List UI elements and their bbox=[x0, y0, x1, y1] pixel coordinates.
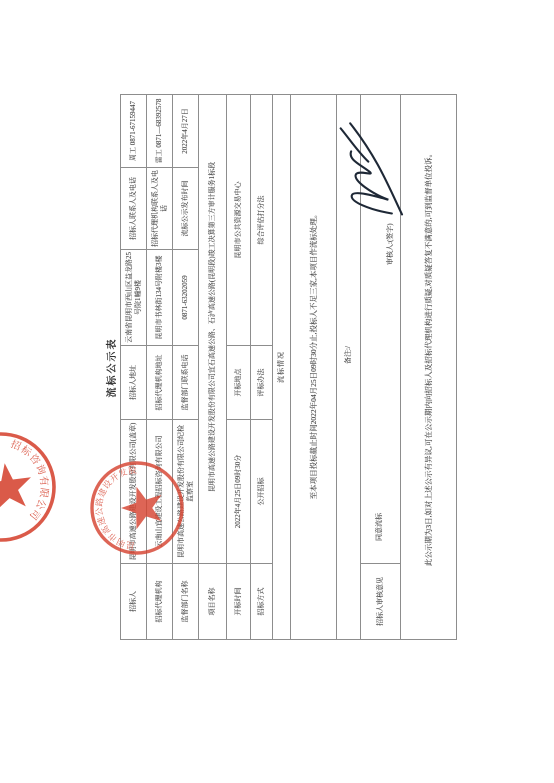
table-row: 至本项目投标截止时间2022年04月25日09时30分止,投标人不足三家,本项目… bbox=[291, 95, 337, 640]
cell-remark: 备注:/ bbox=[337, 95, 361, 640]
cell-agency-contact-value: 雷工 0871—68392578 bbox=[147, 95, 173, 168]
table-row: 流标情况 bbox=[273, 95, 291, 640]
cell-bidder-contact-label: 招标人联系人及电话 bbox=[121, 168, 147, 250]
cell-opening-time-value: 2022年4月25日09时30分 bbox=[227, 420, 251, 564]
cell-footer-note: 此公示期为3日,如对上述公示有异议,可在公示期内向招标人及招标代理机构进行质疑,… bbox=[401, 95, 457, 640]
review-opinion-text: 同意流标 bbox=[375, 513, 384, 541]
cell-supervisor-label: 监督部门名称 bbox=[173, 564, 199, 640]
table-row: 招标代理机构 云南山宜建设工程招标咨询有限公司 招标代理机构地址 昆明市书林街1… bbox=[147, 95, 173, 640]
cell-agency-contact-label: 招标代理机构联系人及电话 bbox=[147, 168, 173, 250]
cell-bid-method-value: 公开招标 bbox=[251, 420, 273, 564]
cell-supervisor-phone-value: 0871-63202059 bbox=[173, 250, 199, 346]
cell-review-opinion-value: 同意流标 审核人:(签字) bbox=[361, 95, 401, 564]
form-natural-orientation: 流标公示表 招标人 昆明市高速公路建设开发股份有限公司(盖章) 招标人地址 云南… bbox=[106, 90, 462, 640]
cell-evaluation-method-label: 评标办法 bbox=[251, 346, 273, 420]
svg-text:招标咨询有限公司: 招标咨询有限公司 bbox=[9, 437, 51, 523]
bid-failure-announcement-table: 招标人 昆明市高速公路建设开发股份有限公司(盖章) 招标人地址 云南省昆明市西山… bbox=[120, 94, 457, 640]
cell-agency-address-label: 招标代理机构地址 bbox=[147, 346, 173, 420]
cell-bid-method-label: 招标方式 bbox=[251, 564, 273, 640]
page-title: 流标公示表 bbox=[106, 95, 120, 640]
scanned-document-page: 流标公示表 招标人 昆明市高速公路建设开发股份有限公司(盖章) 招标人地址 云南… bbox=[0, 0, 554, 783]
rotated-sheet-wrapper: 流标公示表 招标人 昆明市高速公路建设开发股份有限公司(盖章) 招标人地址 云南… bbox=[106, 90, 462, 640]
cell-evaluation-method-value: 综合评估打分法 bbox=[251, 95, 273, 346]
cell-agency-label: 招标代理机构 bbox=[147, 564, 173, 640]
table-row: 招标人 昆明市高速公路建设开发股份有限公司(盖章) 招标人地址 云南省昆明市西山… bbox=[121, 95, 147, 640]
cell-bidder-address-value: 云南省昆明市西山区益龙路25号院1幢9楼 bbox=[121, 250, 147, 346]
table-row: 此公示期为3日,如对上述公示有异议,可在公示期内向招标人及招标代理机构进行质疑,… bbox=[401, 95, 457, 640]
cell-project-name-label: 项目名称 bbox=[199, 564, 227, 640]
table-row: 开标时间 2022年4月25日09时30分 开标地点 昆明市公共资源交易中心 bbox=[227, 95, 251, 640]
cell-project-name-value: 昆明市高速公路建设开发股份有限公司宜石高速公路、石泸高速公路(昆明段)竣工决算第… bbox=[199, 95, 227, 564]
table-row: 招标方式 公开招标 评标办法 综合评估打分法 bbox=[251, 95, 273, 640]
table-row: 监督部门名称 昆明市高速公路建设开发股份有限公司纪检监察室 监督部门联系电话 0… bbox=[173, 95, 199, 640]
agency-stamp: 招标咨询有限公司 bbox=[0, 430, 62, 546]
cell-failure-description: 至本项目投标截止时间2022年04月25日09时30分止,投标人不足三家,本项目… bbox=[291, 95, 337, 640]
cell-opening-place-value: 昆明市公共资源交易中心 bbox=[227, 95, 251, 346]
cell-agency-value: 云南山宜建设工程招标咨询有限公司 bbox=[147, 420, 173, 564]
cell-bidder-address-label: 招标人地址 bbox=[121, 346, 147, 420]
cell-publish-time-label: 流标公示发布时间 bbox=[173, 168, 199, 250]
cell-agency-address-value: 昆明市书林街134号附楼3楼 bbox=[147, 250, 173, 346]
cell-review-opinion-label: 招标人审核意见 bbox=[361, 564, 401, 640]
table-row: 项目名称 昆明市高速公路建设开发股份有限公司宜石高速公路、石泸高速公路(昆明段)… bbox=[199, 95, 227, 640]
cell-supervisor-value: 昆明市高速公路建设开发股份有限公司纪检监察室 bbox=[173, 420, 199, 564]
cell-opening-time-label: 开标时间 bbox=[227, 564, 251, 640]
cell-opening-place-label: 开标地点 bbox=[227, 346, 251, 420]
cell-supervisor-phone-label: 监督部门联系电话 bbox=[173, 346, 199, 420]
cell-bidder-label: 招标人 bbox=[121, 564, 147, 640]
cell-failure-section-header: 流标情况 bbox=[273, 95, 291, 640]
table-row: 备注:/ bbox=[337, 95, 361, 640]
cell-publish-time-value: 2022年4月27日 bbox=[173, 95, 199, 168]
cell-bidder-value: 昆明市高速公路建设开发股份有限公司(盖章) bbox=[121, 420, 147, 564]
reviewer-signature-label: 审核人:(签字) bbox=[386, 223, 395, 265]
cell-bidder-contact-value: 周工 0871-67159447 bbox=[121, 95, 147, 168]
table-row: 招标人审核意见 同意流标 审核人:(签字) bbox=[361, 95, 401, 640]
